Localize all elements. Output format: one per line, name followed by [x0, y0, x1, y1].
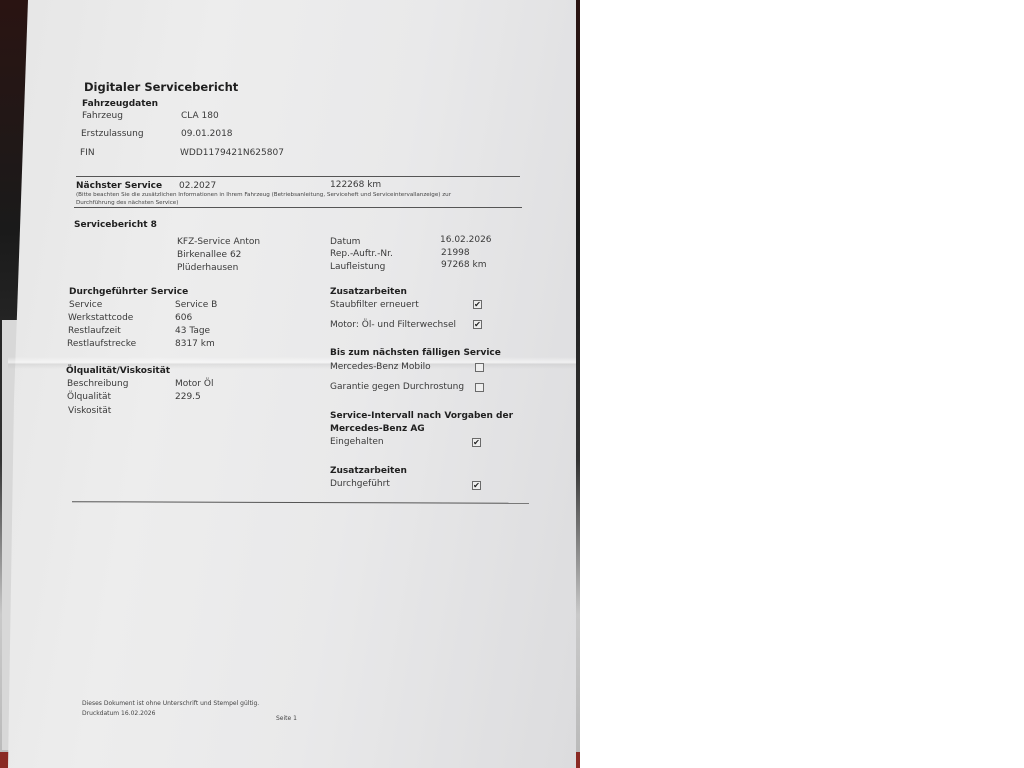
workshop-street: Birkenallee 62 — [177, 250, 241, 260]
dust-filter-label: Staubfilter erneuert — [330, 300, 419, 310]
performed-service-heading: Durchgeführter Service — [69, 287, 188, 297]
page-number: Seite 1 — [276, 715, 297, 722]
interval-kept-label: Eingehalten — [330, 437, 384, 447]
oil-description-value: Motor Öl — [175, 379, 213, 389]
interval-kept-checkbox[interactable]: ✔ — [472, 438, 481, 447]
remaining-time-label: Restlaufzeit — [68, 326, 121, 336]
divider — [74, 207, 522, 208]
oil-quality-label: Ölqualität — [67, 392, 111, 402]
performed-label: Durchgeführt — [330, 479, 390, 489]
workshop-city: Plüderhausen — [177, 263, 238, 273]
service-interval-heading: Service-Intervall nach Vorgaben der — [330, 411, 513, 421]
workshop-code-value: 606 — [175, 313, 192, 323]
rust-warranty-checkbox[interactable] — [475, 383, 484, 392]
vehicle-value: CLA 180 — [181, 111, 219, 121]
dust-filter-checkbox[interactable]: ✔ — [473, 300, 482, 309]
remaining-time-value: 43 Tage — [175, 326, 210, 336]
remaining-distance-value: 8317 km — [175, 339, 215, 349]
date-label: Datum — [330, 237, 360, 247]
oil-change-label: Motor: Öl- und Filterwechsel — [330, 320, 456, 330]
first-registration-label: Erstzulassung — [81, 129, 144, 139]
until-next-service-heading: Bis zum nächsten fälligen Service — [330, 348, 501, 358]
next-service-date: 02.2027 — [179, 181, 216, 191]
divider — [76, 176, 520, 177]
additional-work-2-heading: Zusatzarbeiten — [330, 466, 407, 476]
service-interval-heading-line2: Mercedes-Benz AG — [330, 424, 425, 434]
workshop-name: KFZ-Service Anton — [177, 237, 260, 247]
print-date: Druckdatum 16.02.2026 — [82, 710, 155, 717]
performed-checkbox[interactable]: ✔ — [472, 481, 481, 490]
next-service-label: Nächster Service — [76, 181, 162, 191]
first-registration-value: 09.01.2018 — [181, 129, 233, 139]
order-number-value: 21998 — [441, 248, 470, 258]
date-value: 16.02.2026 — [440, 235, 492, 245]
viscosity-label: Viskosität — [68, 406, 111, 416]
vehicle-data-heading: Fahrzeugdaten — [82, 99, 158, 109]
mobilo-checkbox[interactable] — [475, 363, 484, 372]
workshop-code-label: Werkstattcode — [68, 313, 133, 323]
next-service-note-line2: Durchführung des nächsten Service) — [76, 199, 178, 207]
oil-quality-value: 229.5 — [175, 392, 201, 402]
oil-change-checkbox[interactable]: ✔ — [473, 320, 482, 329]
service-value: Service B — [175, 300, 217, 310]
report-heading: Servicebericht 8 — [74, 220, 157, 230]
oil-description-label: Beschreibung — [67, 379, 128, 389]
next-service-note: (Bitte beachten Sie die zusätzlichen Inf… — [76, 191, 451, 199]
oil-heading: Ölqualität/Viskosität — [66, 366, 170, 376]
mobilo-label: Mercedes-Benz Mobilo — [330, 362, 431, 372]
rust-warranty-label: Garantie gegen Durchrostung — [330, 382, 464, 392]
mileage-value: 97268 km — [441, 260, 486, 270]
validity-note: Dieses Dokument ist ohne Unterschrift un… — [82, 700, 259, 707]
service-label: Service — [69, 300, 102, 310]
remaining-distance-label: Restlaufstrecke — [67, 339, 136, 349]
vin-value: WDD1179421N625807 — [180, 148, 284, 158]
document-title: Digitaler Servicebericht — [84, 80, 238, 94]
mileage-label: Laufleistung — [330, 262, 385, 272]
vehicle-label: Fahrzeug — [82, 111, 123, 121]
order-number-label: Rep.-Auftr.-Nr. — [330, 249, 393, 259]
additional-work-heading: Zusatzarbeiten — [330, 287, 407, 297]
vin-label: FIN — [80, 148, 95, 158]
next-service-mileage: 122268 km — [330, 180, 381, 190]
